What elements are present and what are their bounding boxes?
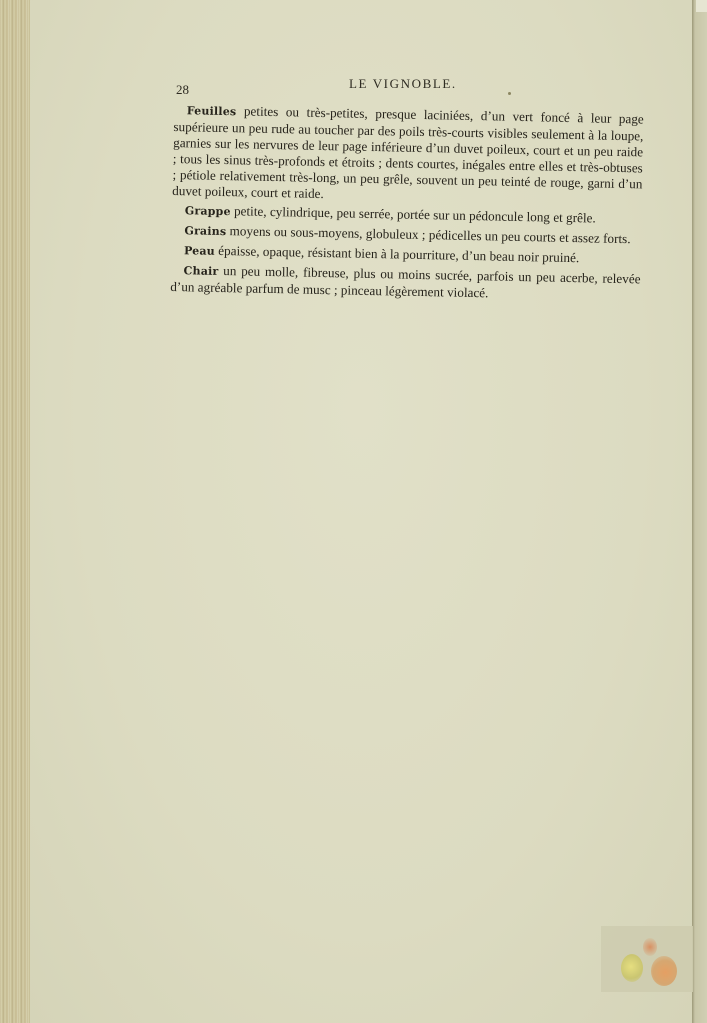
fruit-shape <box>621 954 643 982</box>
page-number: 28 <box>176 82 189 98</box>
text-chair: un peu molle, fibreuse, plus ou moins su… <box>170 263 641 300</box>
term-grains: Grains <box>184 224 226 238</box>
running-title: LE VIGNOBLE. <box>349 76 457 92</box>
page-header: 28 LE VIGNOBLE. <box>176 76 636 96</box>
paper-speck <box>508 92 511 95</box>
fruit-shape <box>643 938 657 956</box>
text-feuilles: petites ou très-petites, presque lacinié… <box>172 103 644 201</box>
text-peau: épaisse, opaque, résistant bien à la pou… <box>215 243 580 265</box>
text-grappe: petite, cylindrique, peu serrée, portée … <box>231 203 596 225</box>
term-grappe: Grappe <box>185 204 231 218</box>
fruit-shape <box>651 956 677 986</box>
scanned-book-page: 28 LE VIGNOBLE. Feuilles petites ou très… <box>0 0 707 1023</box>
term-peau: Peau <box>184 244 215 258</box>
paragraph-feuilles: Feuilles petites ou très-petites, presqu… <box>172 102 644 208</box>
paragraph-chair: Chair un peu molle, fibreuse, plus ou mo… <box>170 262 641 304</box>
term-feuilles: Feuilles <box>187 104 237 118</box>
ampelography-description: Feuilles petites ou très-petites, presqu… <box>170 102 644 307</box>
page-stack-edge <box>0 0 30 1023</box>
term-chair: Chair <box>183 264 218 278</box>
right-page-edge <box>692 0 707 1023</box>
fruit-image-thumbnail-icon[interactable] <box>601 926 693 992</box>
